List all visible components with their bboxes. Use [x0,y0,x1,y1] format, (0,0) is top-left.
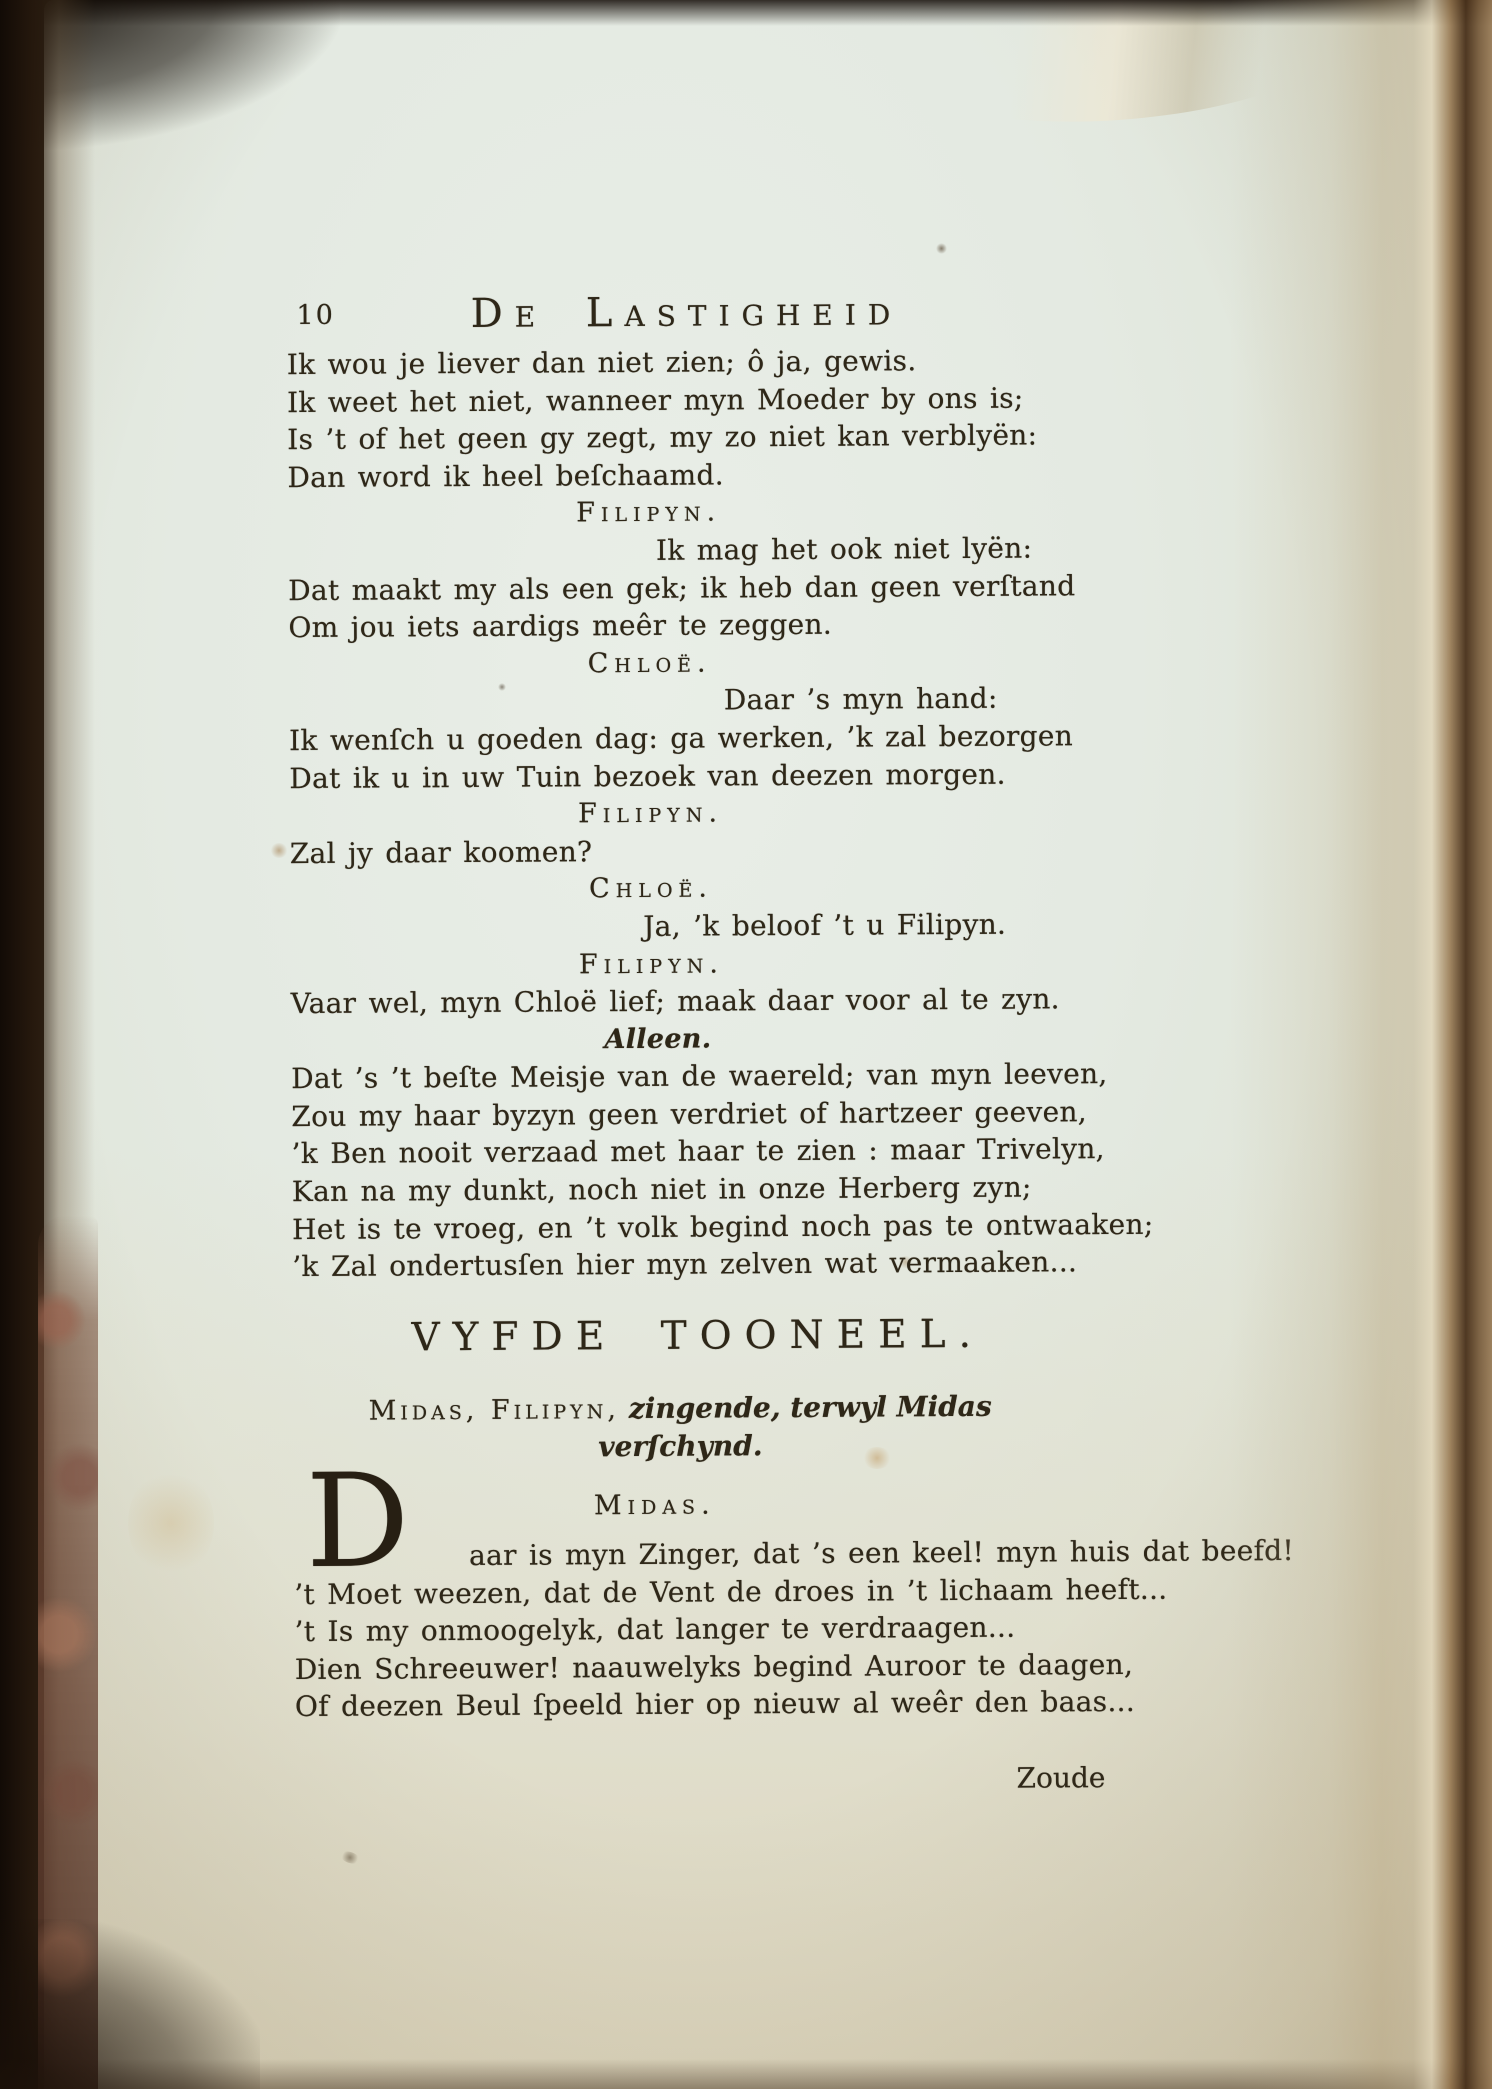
verse-line: Dat maakt my als een gek; ik heb dan gee… [288,567,1098,610]
midas-speech: D aar is myn Zinger, dat ’s een keel! my… [294,1533,1195,1726]
page-curve-shadow [1230,0,1492,2089]
verse-line: Om jou iets aardigs meêr te zeggen. [288,604,1098,647]
verse-line: Ik wou je liever dan niet zien; ô ja, ge… [287,341,1097,384]
page-header: 10 De Lastigheid [286,287,1086,336]
speaker-heading: Filipyn. [245,793,1055,836]
verse-line: Ik mag het ook niet lyën: [288,529,1098,572]
dialogue-column: Ik wou je liever dan niet zien; ô ja, ge… [287,341,1103,1286]
verse-line: ’t Is my onmoogelyk, dat langer te verdr… [294,1608,1194,1651]
cast-list: Midas, Filipyn, zingende, terwyl Midas [275,1385,1085,1433]
verse-line: Dat ’s ’t beſte Meisje van de waereld; v… [291,1055,1101,1098]
speaker-heading: Chloë. [246,868,1056,911]
speaker-heading: Filipyn. [244,492,1054,535]
speaker-heading: Chloë. [245,642,1055,685]
book-photo: 10 De Lastigheid Ik wou je liever dan ni… [0,0,1492,2089]
cast-stage-direction: zingende, terwyl Midas [629,1390,992,1425]
running-title: De Lastigheid [286,287,1086,338]
verse-line: Het is te vroeg, en ’t volk begind noch … [292,1206,1102,1249]
verse-line: Dat ik u in uw Tuin bezoek van deezen mo… [289,755,1099,798]
verse-line: ’k Ben nooit verzaad met haar te zien : … [291,1131,1101,1174]
verse-line: Dan word ik heel beſchaamd. [287,454,1097,497]
verse-line: Zal jy daar koomen? [290,830,1100,873]
verse-line: Ja, ’k beloof ’t u Filipyn. [290,905,1100,948]
verse-line: Daar ’s myn hand: [289,679,1099,722]
verse-line: ’t Moet weezen, dat de Vent de droes in … [294,1570,1194,1613]
verse-line: Dien Schreeuwer! naauwelyks begind Auroo… [295,1645,1195,1688]
verse-line: Zou my haar byzyn geen verdriet of hartz… [291,1093,1101,1136]
verse-line: Ik wenſch u goeden dag: ga werken, ’k za… [289,717,1099,760]
verse-line: Vaar wel, myn Chloë lief; maak daar voor… [291,980,1101,1023]
verse-line: Kan na my dunkt, noch niet in onze Herbe… [292,1168,1102,1211]
verse-line: aar is myn Zinger, dat ’s een keel! myn … [294,1533,1194,1576]
photo-bottom-left-corner [0,1919,260,2089]
verse-line: ’k Zal ondertusſen hier myn zelven wat v… [292,1243,1102,1286]
catchword: Zoude [295,1760,1217,1799]
speaker-heading: Filipyn. [246,943,1056,986]
verse-line: Is ’t of het geen gy zegt, my zo niet ka… [287,416,1097,459]
verse-line: Ik weet het niet, wanneer myn Moeder by … [287,379,1097,422]
cast-names: Midas, Filipyn, [369,1394,620,1427]
scene-heading: VYFDE TOONEEL. [293,1311,1103,1361]
verse-line: Of deezen Beul ſpeeld hier op nieuw al w… [295,1683,1195,1726]
drop-cap: D [305,1457,409,1587]
stage-direction: Alleen. [253,1018,1063,1061]
